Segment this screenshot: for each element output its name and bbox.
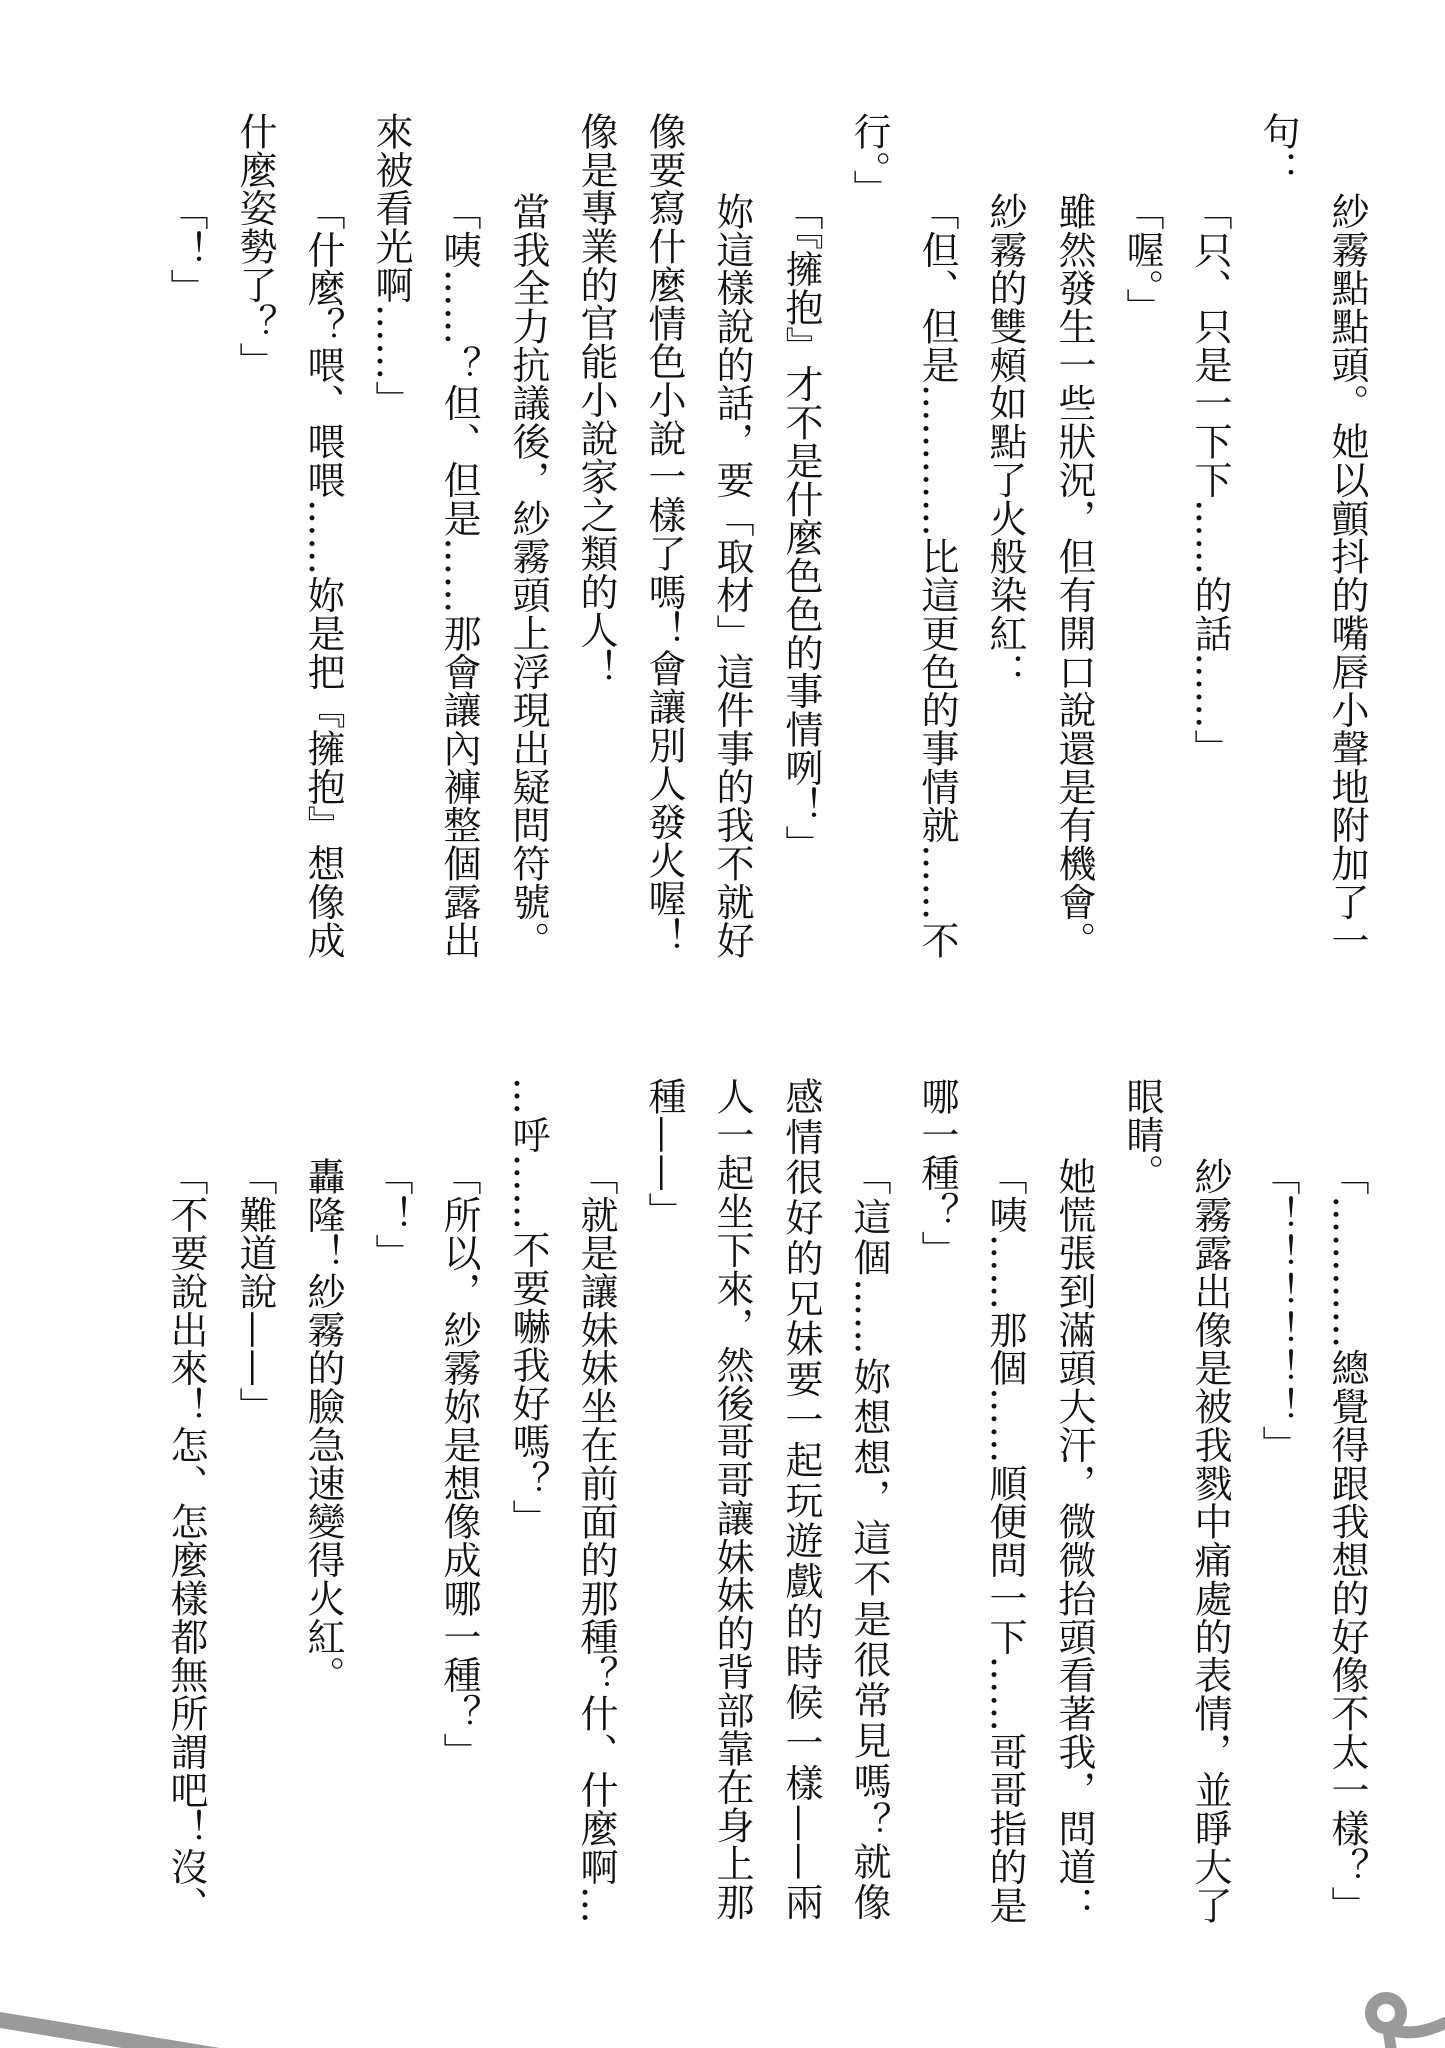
ribbon-band-left	[0, 2012, 220, 2048]
ribbon-curl-right	[1371, 1998, 1445, 2048]
text-line: 「難道說——」	[235, 1157, 275, 1921]
text-line: 「什麼？喂、喂喂……妳是把『擁抱』想像成	[303, 192, 343, 956]
text-line: 「…………總覺得跟我想的好像不太一樣？」	[1327, 1157, 1367, 1921]
text-line: 「這個……妳想想，這不是很常見嗎？就像	[849, 1157, 889, 1921]
text-line: 哪一種？」	[917, 1077, 957, 1921]
text-line: 「！！！！！！」	[1258, 1157, 1298, 1921]
text-line: 「就是讓妹妹坐在前面的那種？什、什麼啊…	[576, 1157, 616, 1921]
text-line: 雖然發生一些狀況，但有開口說還是有機會。	[1054, 192, 1094, 956]
text-line: 紗霧的雙頰如點了火般染紅：	[985, 192, 1025, 956]
text-line: 像是專業的官能小說家之類的人！	[576, 112, 616, 956]
text-line: 她慌張到滿頭大汗，微微抬頭看著我，問道：	[1054, 1157, 1094, 1921]
text-line: 來被看光啊……」	[371, 112, 411, 956]
text-line: …呼……不要嚇我好嗎？」	[508, 1077, 548, 1921]
text-line: 轟隆！紗霧的臉急速變得火紅。	[303, 1157, 343, 1921]
text-line: 妳這樣說的話，要「取材」這件事的我不就好	[712, 192, 752, 956]
text-line: 「但、但是…………比這更色的事情就……不	[917, 192, 957, 956]
text-line: 「喔。」	[1122, 192, 1162, 956]
text-line: 當我全力抗議後，紗霧頭上浮現出疑問符號。	[508, 192, 548, 956]
text-line: 感情很好的兄妹要一起玩遊戲的時候一樣——兩	[781, 1077, 821, 1921]
novel-page: 紗霧點點頭。她以顫抖的嘴唇小聲地附加了一 句： 「只、只是一下下……的話……」 …	[0, 0, 1445, 2048]
text-line: 「咦……那個……順便問一下……哥哥指的是	[985, 1157, 1025, 1921]
text-line: 「不要說出來！怎、怎麼樣都無所謂吧！沒、	[166, 1157, 206, 1921]
top-text-block: 紗霧點點頭。她以顫抖的嘴唇小聲地附加了一 句： 「只、只是一下下……的話……」 …	[0, 112, 1445, 956]
text-line: 像要寫什麼情色小說一樣了嗎！會讓別人發火喔！	[644, 112, 684, 956]
text-line: 「！」	[166, 192, 206, 956]
bottom-text-block: 「…………總覺得跟我想的好像不太一樣？」 「！！！！！！」 紗霧露出像是被我戮中…	[0, 1077, 1445, 1921]
text-line: 眼睛。	[1122, 1077, 1162, 1921]
text-line: 紗霧點點頭。她以顫抖的嘴唇小聲地附加了一	[1327, 192, 1367, 956]
text-line: 「咦……？但、但是……那會讓內褲整個露出	[439, 192, 479, 956]
text-line: 句：	[1258, 112, 1298, 956]
text-line: 紗霧露出像是被我戮中痛處的表情，並睜大了	[1190, 1157, 1230, 1921]
text-line: 種——」	[644, 1077, 684, 1921]
text-line: 人一起坐下來，然後哥哥讓妹妹的背部靠在身上那	[712, 1077, 752, 1921]
text-line: 行。」	[849, 112, 889, 956]
text-line: 「！」	[371, 1157, 411, 1921]
text-line: 「只、只是一下下……的話……」	[1190, 192, 1230, 956]
text-line: 「所以，紗霧妳是想像成哪一種？」	[439, 1157, 479, 1921]
text-line: 什麼姿勢了？」	[235, 112, 275, 956]
text-line: 「『擁抱』才不是什麼色色的事情咧！」	[781, 192, 821, 956]
